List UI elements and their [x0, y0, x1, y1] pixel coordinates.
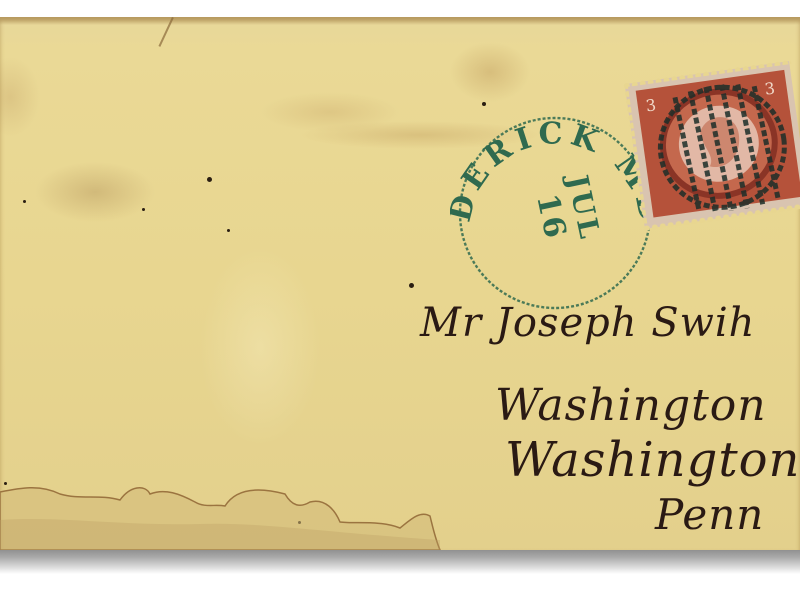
foxing-spot	[482, 102, 486, 106]
address-line-state: Penn	[655, 490, 764, 539]
foxing-spot	[142, 208, 145, 211]
postmark: DERICK MD JUL 16	[450, 108, 660, 318]
foxing-spot	[409, 283, 414, 288]
envelope-top-edge	[0, 17, 800, 25]
envelope-shadow	[0, 548, 800, 574]
foxing-spot	[227, 229, 230, 232]
foxing-spot	[207, 177, 212, 182]
foxing-spot	[23, 200, 26, 203]
postage-stamp: 3 3	[622, 59, 800, 231]
address-line-town: Washington	[495, 380, 767, 431]
postmark-circle: DERICK MD JUL 16	[450, 108, 660, 318]
address-line-name: Mr Joseph Swih	[420, 300, 755, 346]
stamp-art: 3 3	[622, 59, 800, 231]
water-stain	[0, 480, 460, 550]
photo-stage: DERICK MD JUL 16 3 3	[0, 0, 800, 600]
address-line-county: Washington,	[505, 432, 800, 488]
